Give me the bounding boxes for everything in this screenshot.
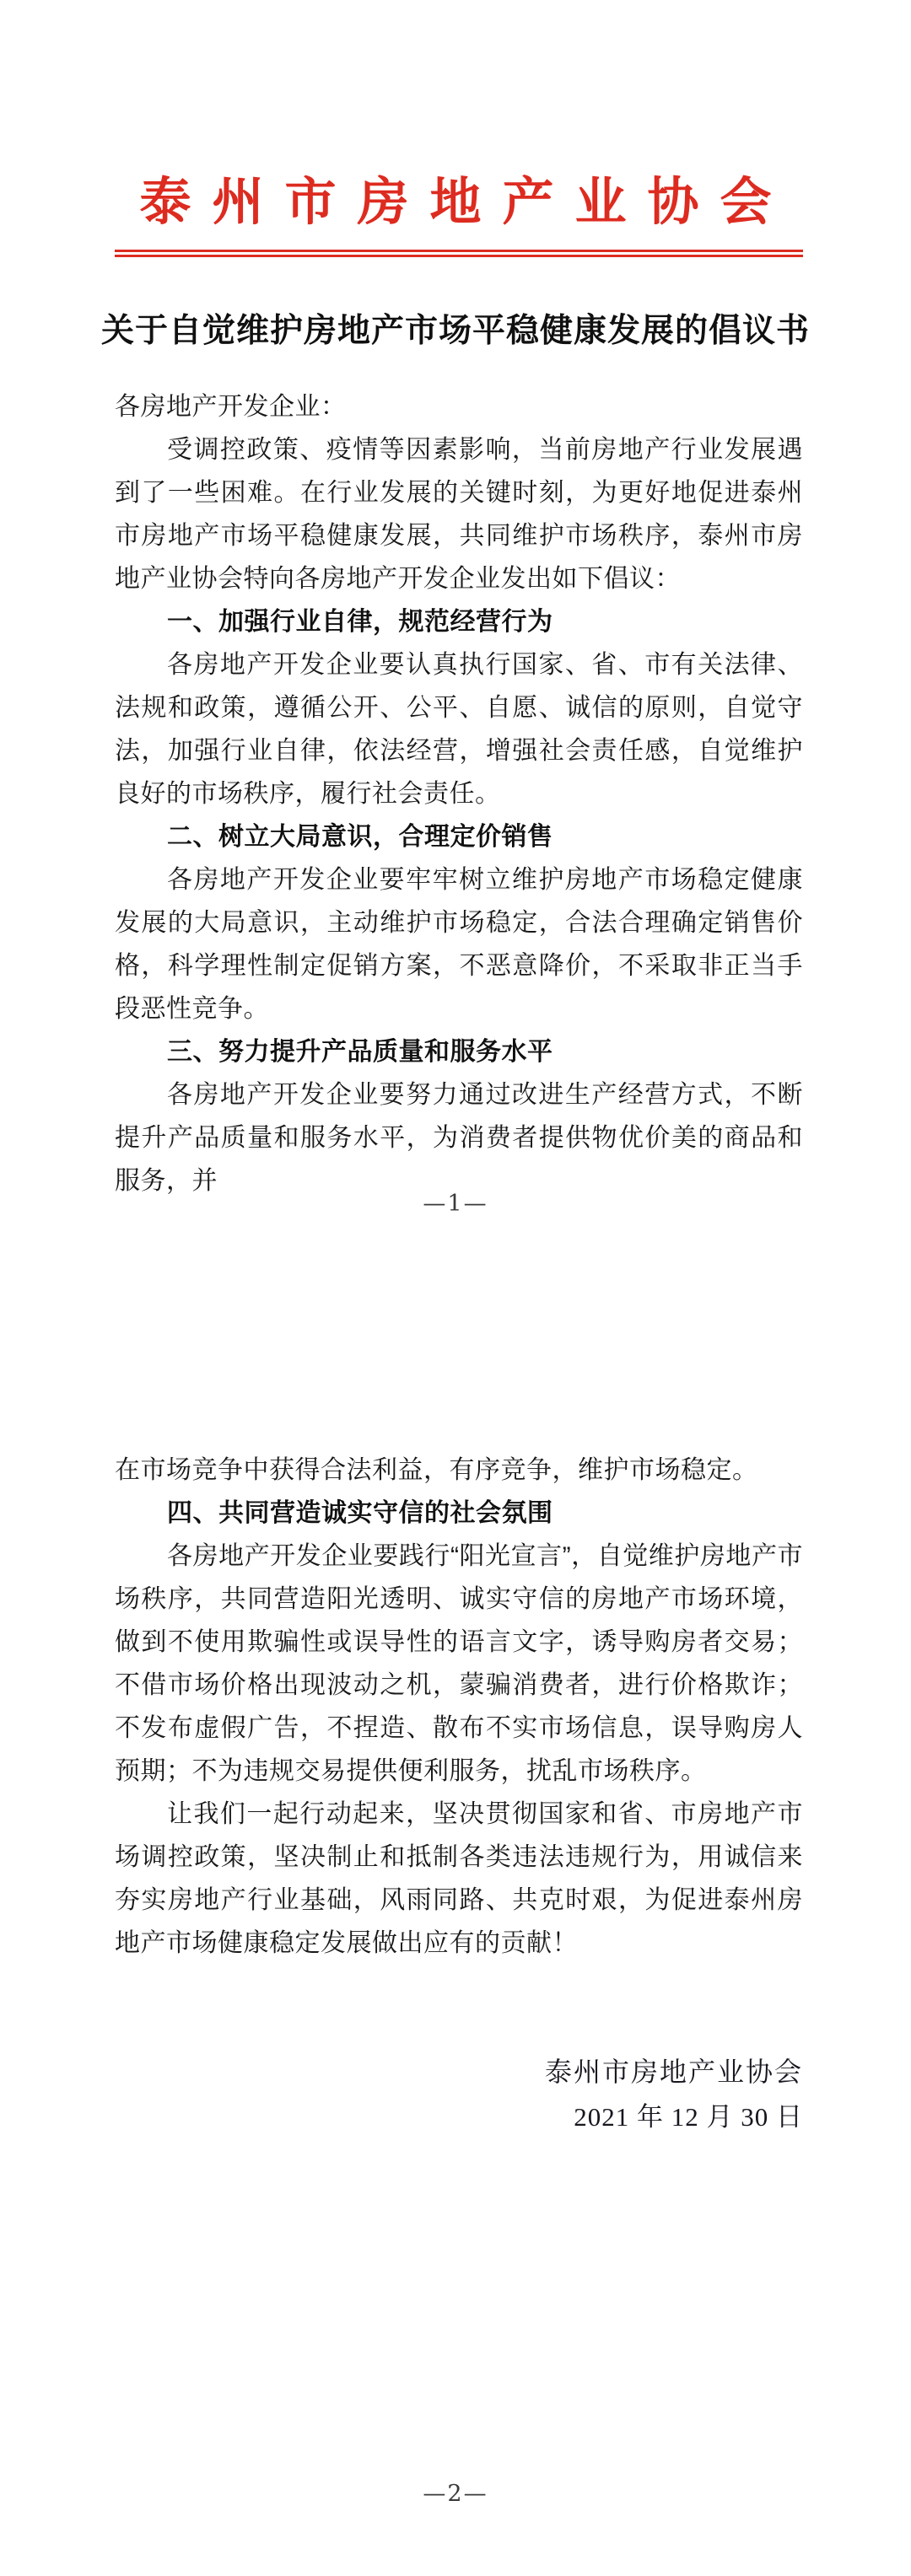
section-heading-1: 一、加强行业自律，规范经营行为 xyxy=(115,600,803,643)
section-heading-4: 四、共同营造诚实守信的社会氛围 xyxy=(115,1492,803,1535)
paragraph: 受调控政策、疫情等因素影响，当前房地产行业发展遇到了一些困难。在行业发展的关键时… xyxy=(115,428,803,600)
paragraph: 各房地产开发企业要牢牢树立维护房地产市场稳定健康发展的大局意识，主动维护市场稳定… xyxy=(115,858,803,1030)
page-number-1: —1— xyxy=(0,1191,911,1217)
section-heading-3: 三、努力提升产品质量和服务水平 xyxy=(115,1030,803,1073)
signature-block: 泰州市房地产业协会 2021 年 12 月 30 日 xyxy=(115,2049,803,2140)
paragraph: 各房地产开发企业要努力通过改进生产经营方式，不断提升产品质量和服务水平，为消费者… xyxy=(115,1073,803,1202)
salutation: 各房地产开发企业： xyxy=(115,385,803,428)
page1-body: 各房地产开发企业： 受调控政策、疫情等因素影响，当前房地产行业发展遇到了一些困难… xyxy=(115,385,803,1202)
letterhead-divider xyxy=(115,250,803,257)
paragraph-continuation: 在市场竞争中获得合法利益，有序竞争，维护市场稳定。 xyxy=(115,1449,803,1492)
letterhead-org-name: 泰州市房地产业协会 xyxy=(51,169,860,234)
page-number-2: —2— xyxy=(0,2481,911,2507)
section-heading-2: 二、树立大局意识，合理定价销售 xyxy=(115,815,803,858)
paragraph: 各房地产开发企业要践行“阳光宣言”，自觉维护房地产市场秩序，共同营造阳光透明、诚… xyxy=(115,1535,803,1793)
signature-org: 泰州市房地产业协会 xyxy=(115,2049,803,2095)
document-scan: 泰州市房地产业协会 关于自觉维护房地产市场平稳健康发展的倡议书 各房地产开发企业… xyxy=(0,0,911,2576)
document-title: 关于自觉维护房地产市场平稳健康发展的倡议书 xyxy=(17,304,894,352)
signature-date: 2021 年 12 月 30 日 xyxy=(115,2095,803,2140)
paragraph: 让我们一起行动起来，坚决贯彻国家和省、市房地产市场调控政策，坚决制止和抵制各类违… xyxy=(115,1793,803,1965)
paragraph: 各房地产开发企业要认真执行国家、省、市有关法律、法规和政策，遵循公开、公平、自愿… xyxy=(115,643,803,815)
page2-body: 在市场竞争中获得合法利益，有序竞争，维护市场稳定。 四、共同营造诚实守信的社会氛… xyxy=(115,1449,803,1965)
